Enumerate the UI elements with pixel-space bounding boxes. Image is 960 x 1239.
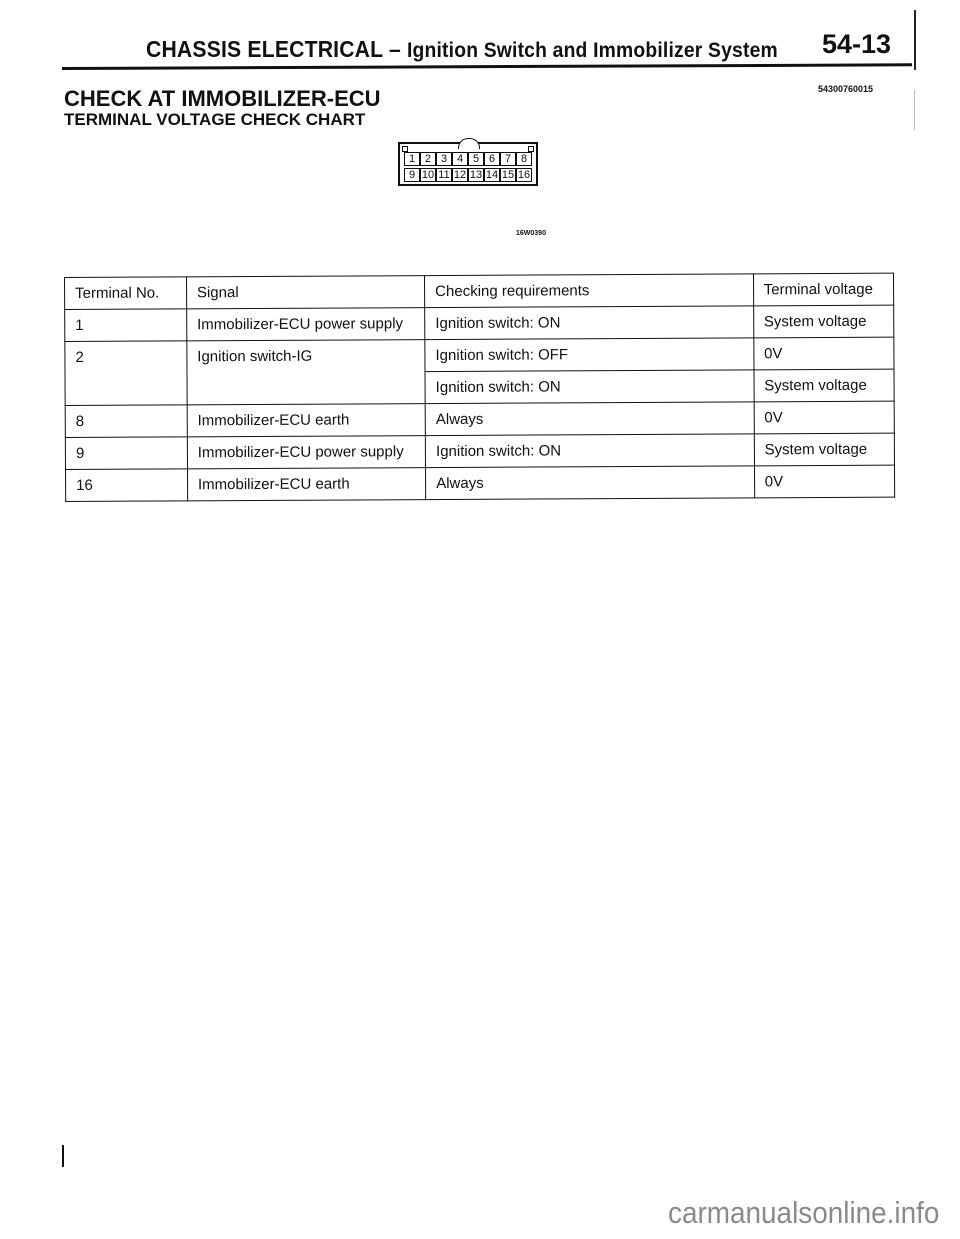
cell-signal: Ignition switch-IG (187, 340, 425, 373)
cell-terminal-no (65, 373, 187, 406)
cell-checking-requirement: Ignition switch: ON (425, 370, 754, 404)
connector-pin: 5 (468, 152, 484, 166)
page-edge-mark (62, 1145, 64, 1167)
page-header-title: CHASSIS ELECTRICAL – Ignition Switch and… (146, 36, 778, 63)
cell-signal (187, 372, 425, 405)
connector-pin: 14 (484, 168, 500, 182)
watermark: carmanualsonline.info (668, 1195, 939, 1231)
margin-line-faint (914, 90, 915, 130)
connector-pin: 4 (452, 152, 468, 166)
page-number: 54-13 (822, 29, 891, 60)
margin-line (914, 10, 916, 70)
document-code: 54300760015 (818, 84, 873, 94)
cell-terminal-no: 9 (65, 437, 187, 470)
header-subsection: Ignition Switch and Immobilizer System (407, 39, 778, 62)
connector-pin: 6 (484, 152, 500, 166)
table-row: Ignition switch: ONSystem voltage (65, 369, 894, 405)
header-checking-requirements: Checking requirements (425, 274, 754, 308)
header-separator: – (383, 36, 407, 62)
section-title: CHECK AT IMMOBILIZER-ECU (64, 86, 381, 112)
cell-terminal-no: 1 (65, 309, 187, 342)
table-row: 8Immobilizer-ECU earthAlways0V (65, 401, 894, 437)
cell-terminal-no: 2 (65, 341, 187, 374)
connector-pin: 1 (404, 152, 420, 166)
connector-pin: 2 (420, 152, 436, 166)
connector-bottom-row: 910111213141516 (404, 168, 532, 182)
connector-pin: 15 (500, 168, 516, 182)
table-row: 2Ignition switch-IGIgnition switch: OFF0… (65, 337, 894, 373)
connector-latch (458, 138, 480, 149)
figure-code: 16W0390 (516, 230, 546, 237)
connector-pin: 10 (420, 168, 436, 182)
connector-pin: 7 (500, 152, 516, 166)
cell-checking-requirement: Always (425, 402, 754, 436)
cell-terminal-no: 16 (66, 469, 188, 502)
connector-pin: 9 (404, 168, 420, 182)
connector-diagram: 12345678 910111213141516 (398, 142, 538, 186)
cell-signal: Immobilizer-ECU power supply (187, 308, 425, 341)
header-terminal-no: Terminal No. (65, 277, 187, 310)
connector-pin: 3 (436, 152, 452, 166)
connector-top-row: 12345678 (404, 152, 532, 166)
cell-terminal-voltage: System voltage (754, 369, 895, 402)
connector-pin: 8 (516, 152, 532, 166)
table-row: 1Immobilizer-ECU power supplyIgnition sw… (65, 305, 894, 341)
connector-pin: 13 (468, 168, 484, 182)
terminal-voltage-table: Terminal No. Signal Checking requirement… (64, 273, 895, 502)
header-signal: Signal (186, 276, 424, 309)
cell-terminal-voltage: 0V (754, 465, 895, 498)
header-section: CHASSIS ELECTRICAL (146, 36, 383, 62)
cell-checking-requirement: Always (426, 466, 755, 500)
cell-terminal-voltage: 0V (754, 401, 895, 434)
header-divider (62, 63, 912, 70)
table-header-row: Terminal No. Signal Checking requirement… (65, 273, 894, 309)
connector-pin: 12 (452, 168, 468, 182)
cell-signal: Immobilizer-ECU earth (187, 404, 425, 437)
cell-signal: Immobilizer-ECU earth (187, 468, 425, 501)
cell-signal: Immobilizer-ECU power supply (187, 436, 425, 469)
cell-checking-requirement: Ignition switch: OFF (425, 338, 754, 372)
cell-terminal-voltage: System voltage (753, 305, 894, 338)
table-row: 16Immobilizer-ECU earthAlways0V (66, 465, 895, 501)
cell-terminal-no: 8 (65, 405, 187, 438)
cell-checking-requirement: Ignition switch: ON (425, 306, 754, 340)
connector-pin: 16 (516, 168, 532, 182)
section-subtitle: TERMINAL VOLTAGE CHECK CHART (64, 110, 365, 130)
connector-pin: 11 (436, 168, 452, 182)
table-row: 9Immobilizer-ECU power supplyIgnition sw… (65, 433, 894, 469)
header-terminal-voltage: Terminal voltage (753, 273, 894, 306)
cell-terminal-voltage: 0V (753, 337, 894, 370)
cell-terminal-voltage: System voltage (754, 433, 895, 466)
cell-checking-requirement: Ignition switch: ON (425, 434, 754, 468)
